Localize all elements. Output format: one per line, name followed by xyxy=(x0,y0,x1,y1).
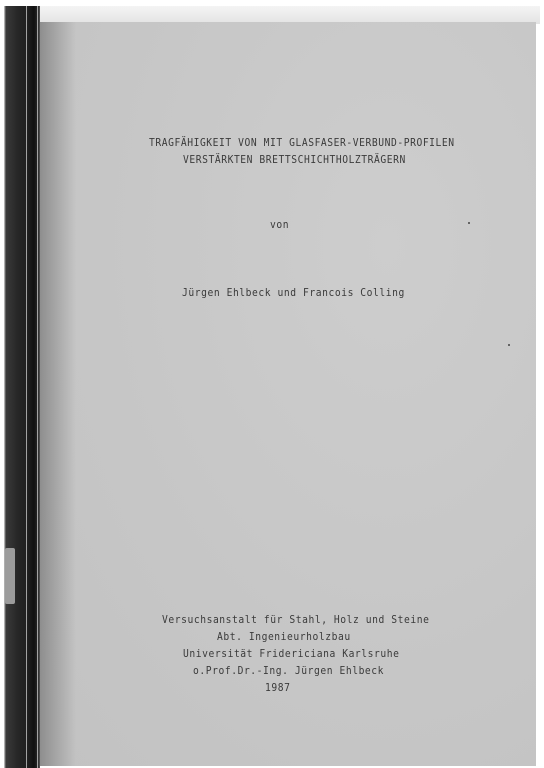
institution-line-1: Versuchsanstalt für Stahl, Holz und Stei… xyxy=(162,614,429,626)
year: 1987 xyxy=(265,682,290,694)
binding-edge-line xyxy=(37,6,38,768)
spine-label xyxy=(5,548,15,604)
title-line-1: TRAGFÄHIGKEIT VON MIT GLASFASER-VERBUND-… xyxy=(149,137,455,149)
institution-line-2: Abt. Ingenieurholzbau xyxy=(217,631,351,643)
title-line-2: VERSTÄRKTEN BRETTSCHICHTHOLZTRÄGERN xyxy=(183,154,406,166)
scan-speck xyxy=(468,222,470,224)
institution-line-4: o.Prof.Dr.-Ing. Jürgen Ehlbeck xyxy=(193,665,384,677)
binding-edge-line xyxy=(26,6,27,768)
institution-line-3: Universität Fridericiana Karlsruhe xyxy=(183,648,400,660)
scan-speck xyxy=(508,344,510,346)
book-binding xyxy=(4,6,40,768)
authors: Jürgen Ehlbeck und Francois Colling xyxy=(182,287,405,299)
by-label: von xyxy=(270,219,289,231)
